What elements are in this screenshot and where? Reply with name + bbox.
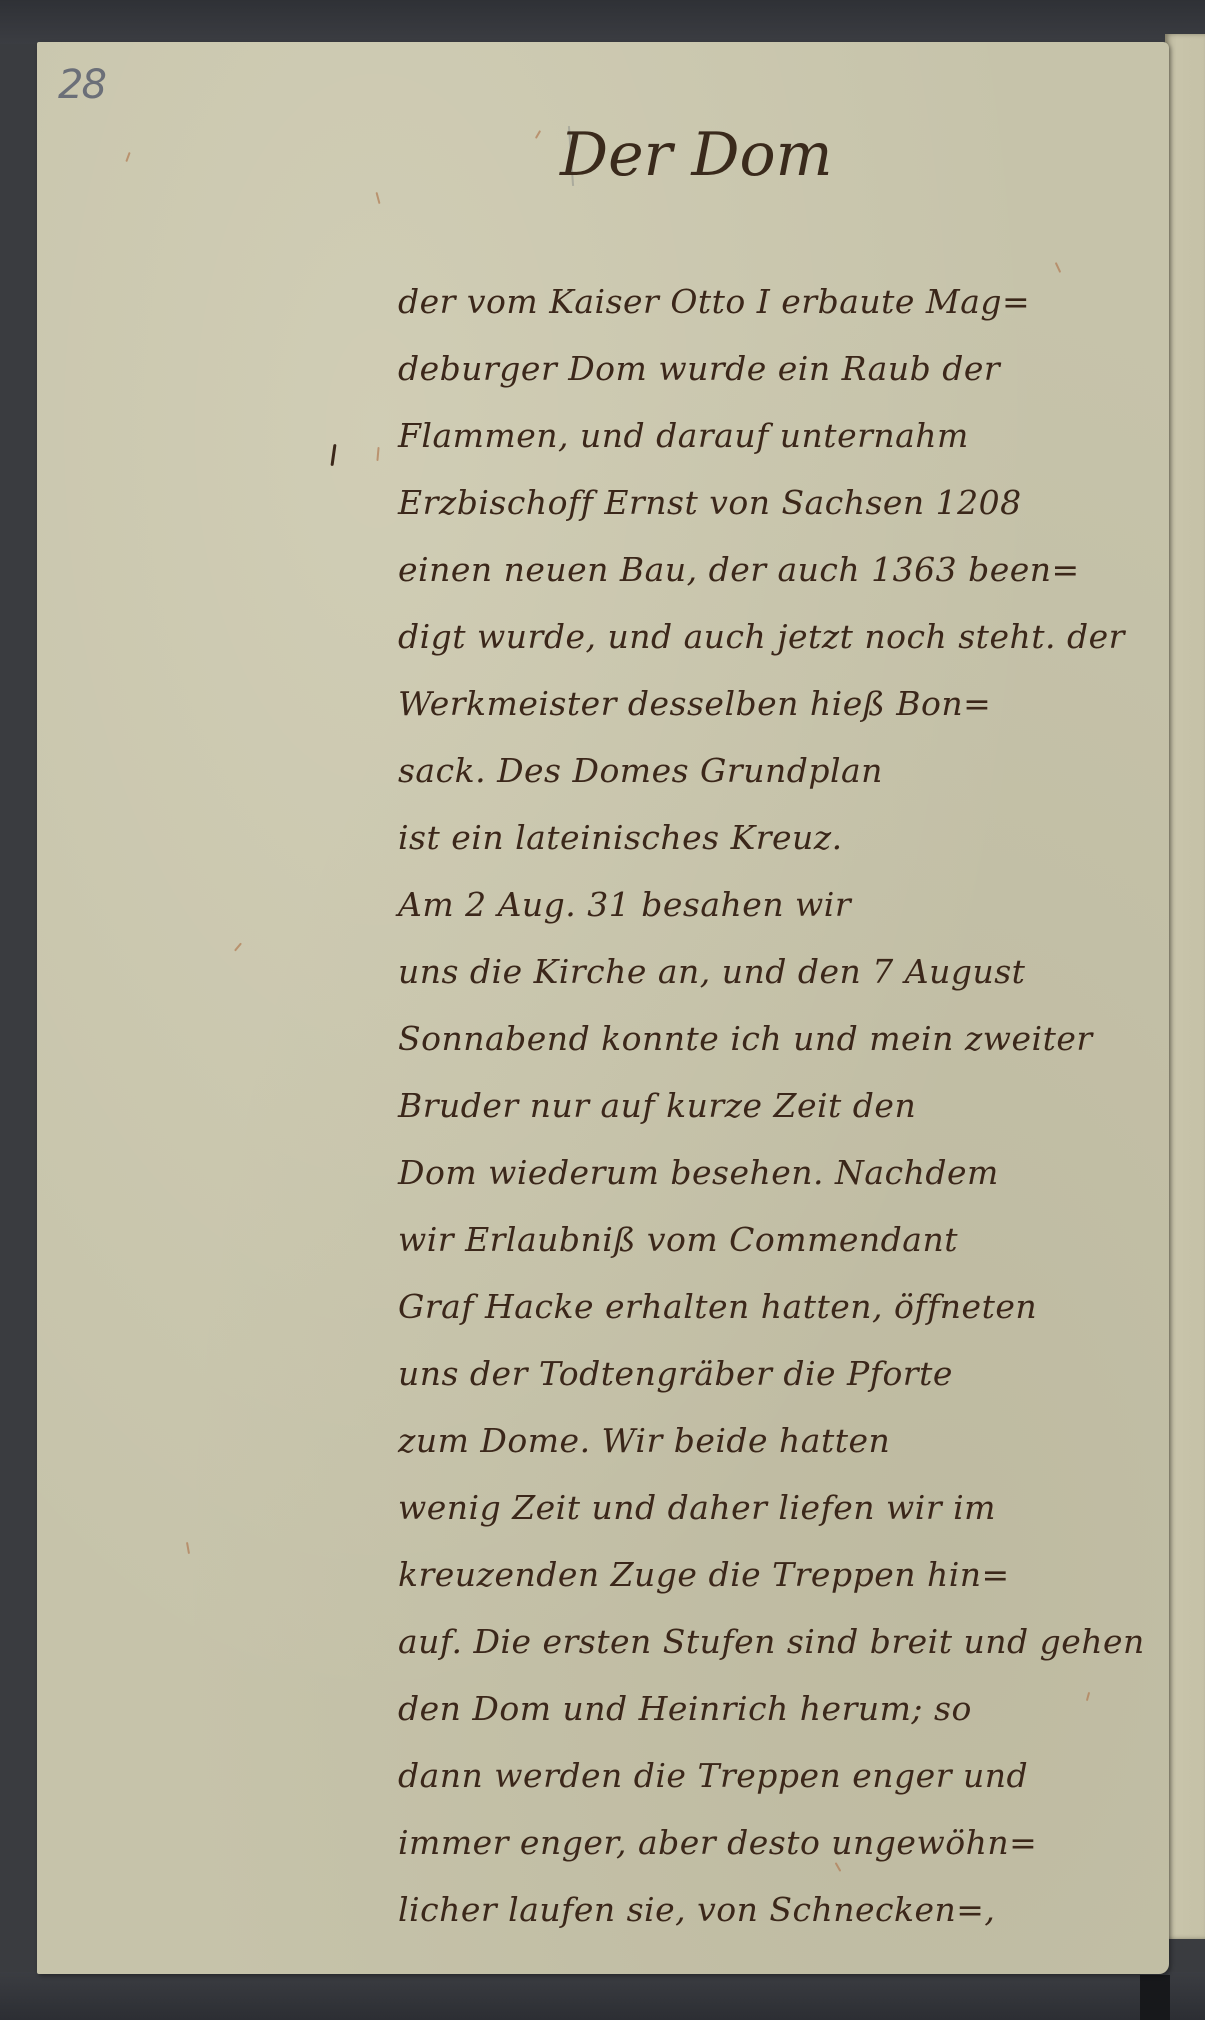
- paper-fiber: [234, 943, 242, 952]
- text-line: Flammen, und darauf unternahm: [398, 402, 1098, 469]
- text-line: licher laufen sie, von Schnecken=,: [398, 1876, 1098, 1943]
- text-line: Dom wiederum besehen. Nachdem: [398, 1139, 1098, 1206]
- paper-fiber: [186, 1542, 190, 1554]
- paper-fiber: [125, 152, 130, 162]
- text-line: kreuzenden Zuge die Treppen hin=: [398, 1541, 1098, 1608]
- text-line: immer enger, aber desto ungewöhn=: [398, 1809, 1098, 1876]
- manuscript-text: der vom Kaiser Otto I erbaute Mag= debur…: [398, 268, 1098, 1943]
- text-line: Werkmeister desselben hieß Bon=: [398, 670, 1098, 737]
- text-line: digt wurde, und auch jetzt noch steht. d…: [398, 603, 1098, 670]
- paper-fiber: [375, 192, 380, 204]
- text-line: deburger Dom wurde ein Raub der: [398, 335, 1098, 402]
- text-line: Graf Hacke erhalten hatten, öffneten: [398, 1273, 1098, 1340]
- paper-fiber: [535, 130, 541, 139]
- text-line: der vom Kaiser Otto I erbaute Mag=: [398, 268, 1098, 335]
- page-title: Der Dom: [560, 120, 833, 190]
- text-line: Am 2 Aug. 31 besahen wir: [398, 871, 1098, 938]
- folio-number: 28: [58, 62, 105, 108]
- text-line: Erzbischoff Ernst von Sachsen 1208: [398, 469, 1098, 536]
- text-line: Bruder nur auf kurze Zeit den: [398, 1072, 1098, 1139]
- scan-backdrop-bottom: [0, 1972, 1205, 2020]
- text-line: wir Erlaubniß vom Commendant: [398, 1206, 1098, 1273]
- text-line: zum Dome. Wir beide hatten: [398, 1407, 1098, 1474]
- text-line: einen neuen Bau, der auch 1363 been=: [398, 536, 1098, 603]
- scan-backdrop-top: [0, 0, 1205, 44]
- next-page-edge: [1165, 34, 1205, 1939]
- text-line: auf. Die ersten Stufen sind breit und ge…: [398, 1608, 1098, 1675]
- text-line: sack. Des Domes Grundplan: [398, 737, 1098, 804]
- text-line: Sonnabend konnte ich und mein zweiter: [398, 1005, 1098, 1072]
- text-line: ist ein lateinisches Kreuz.: [398, 804, 1098, 871]
- text-line: den Dom und Heinrich herum; so: [398, 1675, 1098, 1742]
- text-line: uns die Kirche an, und den 7 August: [398, 938, 1098, 1005]
- text-line: wenig Zeit und daher liefen wir im: [398, 1474, 1098, 1541]
- paper-fiber: [376, 447, 379, 461]
- text-line: uns der Todtengräber die Pforte: [398, 1340, 1098, 1407]
- text-line: dann werden die Treppen enger und: [398, 1742, 1098, 1809]
- binding-edge: [1140, 1975, 1170, 2020]
